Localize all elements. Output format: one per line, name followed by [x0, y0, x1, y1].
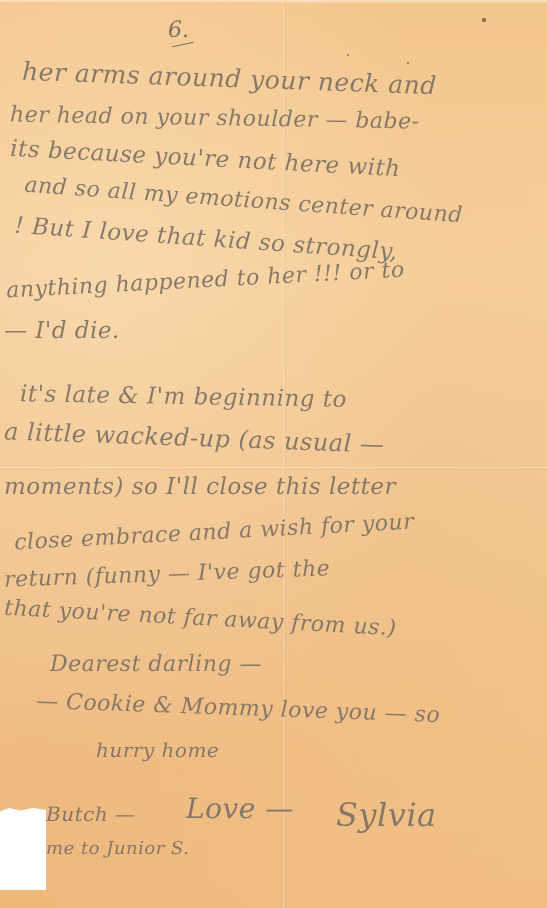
- paper-fold-horizontal: [0, 467, 547, 470]
- letter-line: Dearest darling —: [50, 652, 262, 677]
- letter-line: moments) so I'll close this letter: [4, 474, 396, 500]
- letter-line: her arms around your neck and: [22, 57, 438, 100]
- torn-corner-shadow: [0, 890, 60, 908]
- signature-name: Sylvia: [336, 796, 437, 834]
- letter-line: a little wacked-up (as usual —: [4, 417, 385, 458]
- signature-note: me to Junior S.: [46, 838, 189, 859]
- signature-line: Butch —: [46, 802, 136, 826]
- letter-line: close embrace and a wish for your: [14, 510, 415, 556]
- letter-line: return (funny — I've got the: [4, 556, 331, 592]
- page-number: 6.: [168, 18, 189, 43]
- paper-fleck: [482, 18, 486, 22]
- letter-line: her head on your shoulder — babe-: [10, 102, 420, 134]
- letter-line: that you're not far away from us.): [4, 596, 397, 642]
- letter-line: hurry home: [96, 738, 219, 762]
- letter-line: it's late & I'm beginning to: [20, 381, 347, 413]
- torn-corner: [0, 808, 46, 894]
- letter-page: 6. her arms around your neck and her hea…: [0, 0, 547, 908]
- letter-line: — Cookie & Mommy love you — so: [36, 689, 441, 728]
- letter-line: ! But I love that kid so strongly,: [14, 213, 399, 266]
- letter-line: — I'd die.: [4, 318, 120, 344]
- paper-top-edge: [0, 0, 547, 4]
- letter-line: anything happened to her !!! or to: [6, 258, 406, 304]
- signature-closing: Love —: [186, 792, 294, 825]
- paper-fleck: [407, 62, 409, 64]
- paper-fleck: [347, 54, 349, 56]
